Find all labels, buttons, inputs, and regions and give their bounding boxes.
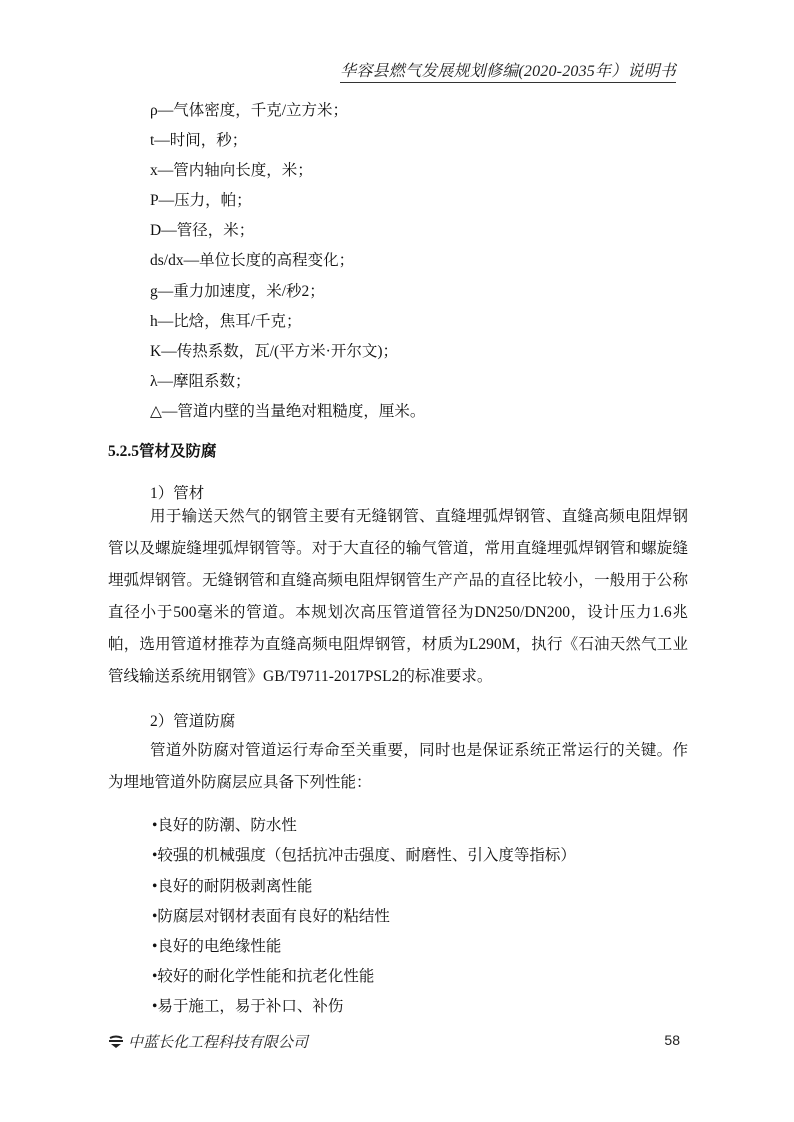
symbol-definition: t—时间，秒； bbox=[150, 131, 247, 151]
requirement-bullet: •防腐层对钢材表面有良好的粘结性 bbox=[152, 907, 390, 927]
symbol-definition: K—传热系数，瓦/(平方米·开尔文)； bbox=[150, 342, 398, 362]
pipe-material-paragraph: 用于输送天然气的钢管主要有无缝钢管、直缝埋弧焊钢管、直缝高频电阻焊钢管以及螺旋缝… bbox=[108, 501, 688, 693]
company-name: 中蓝长化工程科技有限公司 bbox=[128, 1031, 308, 1052]
page-number: 58 bbox=[664, 1032, 680, 1048]
requirement-bullet: •易于施工，易于补口、补伤 bbox=[152, 997, 343, 1017]
symbol-definition: x—管内轴向长度，米； bbox=[150, 161, 313, 181]
requirement-bullet: •较强的机械强度（包括抗冲击强度、耐磨性、引入度等指标） bbox=[152, 846, 576, 866]
requirement-bullet: •较好的耐化学性能和抗老化性能 bbox=[152, 967, 374, 987]
symbol-definition: ds/dx—单位长度的高程变化； bbox=[150, 251, 354, 271]
footer-company: 中蓝长化工程科技有限公司 bbox=[108, 1031, 308, 1052]
symbol-definition: h—比焓，焦耳/千克； bbox=[150, 312, 302, 332]
symbol-definition: P—压力，帕； bbox=[150, 191, 252, 211]
section-heading: 5.2.5管材及防腐 bbox=[108, 442, 217, 462]
document-header-title: 华容县燃气发展规划修编(2020-2035年）说明书 bbox=[340, 58, 676, 83]
symbol-definition: λ—摩阻系数； bbox=[150, 372, 251, 392]
company-logo-icon bbox=[108, 1035, 124, 1049]
requirement-bullet: •良好的耐阴极剥离性能 bbox=[152, 877, 312, 897]
symbol-definition: g—重力加速度，米/秒2； bbox=[150, 282, 325, 302]
symbol-definition: △—管道内壁的当量绝对粗糙度，厘米。 bbox=[150, 402, 425, 422]
symbol-definition: ρ—气体密度，千克/立方米； bbox=[150, 101, 348, 121]
requirement-bullet: •良好的防潮、防水性 bbox=[152, 816, 297, 836]
subsection-label-anticorrosion: 2）管道防腐 bbox=[150, 712, 235, 732]
anticorrosion-paragraph: 管道外防腐对管道运行寿命至关重要，同时也是保证系统正常运行的关键。作为埋地管道外… bbox=[108, 735, 688, 799]
requirement-bullet: •良好的电绝缘性能 bbox=[152, 937, 281, 957]
symbol-definition: D—管径，米； bbox=[150, 221, 254, 241]
